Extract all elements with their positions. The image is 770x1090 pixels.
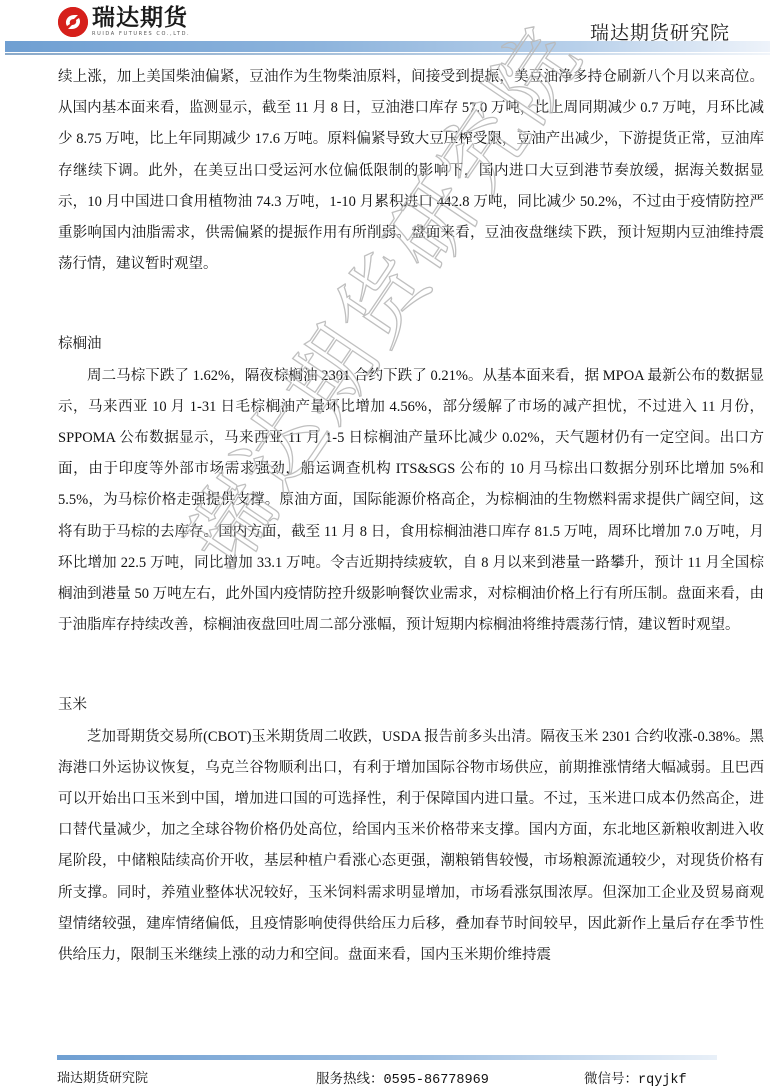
section-title-palm-oil: 棕榈油 <box>58 329 764 360</box>
footer-divider-band <box>57 1055 717 1060</box>
logo-english-name: RUIDA FUTURES CO.,LTD. <box>92 31 190 37</box>
company-logo: 瑞达期货 RUIDA FUTURES CO.,LTD. <box>58 6 190 37</box>
section-title-corn: 玉米 <box>58 690 764 721</box>
soybean-oil-paragraph: 续上涨，加上美国柴油偏紧，豆油作为生物柴油原料，间接受到提振，美豆油净多持仓刷新… <box>58 62 764 280</box>
ruida-logo-icon <box>58 7 88 37</box>
footer-hotline: 服务热线：0595-86778969 <box>316 1067 489 1088</box>
header-divider-band <box>5 41 770 52</box>
logo-chinese-name: 瑞达期货 <box>92 6 190 30</box>
report-body: 续上涨，加上美国柴油偏紧，豆油作为生物柴油原料，间接受到提振，美豆油净多持仓刷新… <box>58 62 764 971</box>
corn-paragraph: 芝加哥期货交易所(CBOT)玉米期货周二收跌，USDA 报告前多头出清。隔夜玉米… <box>58 722 764 972</box>
header-divider-line <box>5 53 770 55</box>
palm-oil-paragraph: 周二马棕下跌了 1.62%，隔夜棕榈油 2301 合约下跌了 0.21%。从基本… <box>58 361 764 642</box>
footer-org-name: 瑞达期货研究院 <box>57 1067 148 1086</box>
footer-wechat: 微信号：rqyjkf <box>584 1067 687 1088</box>
page-header: 瑞达期货 RUIDA FUTURES CO.,LTD. 瑞达期货研究院 <box>0 0 770 58</box>
